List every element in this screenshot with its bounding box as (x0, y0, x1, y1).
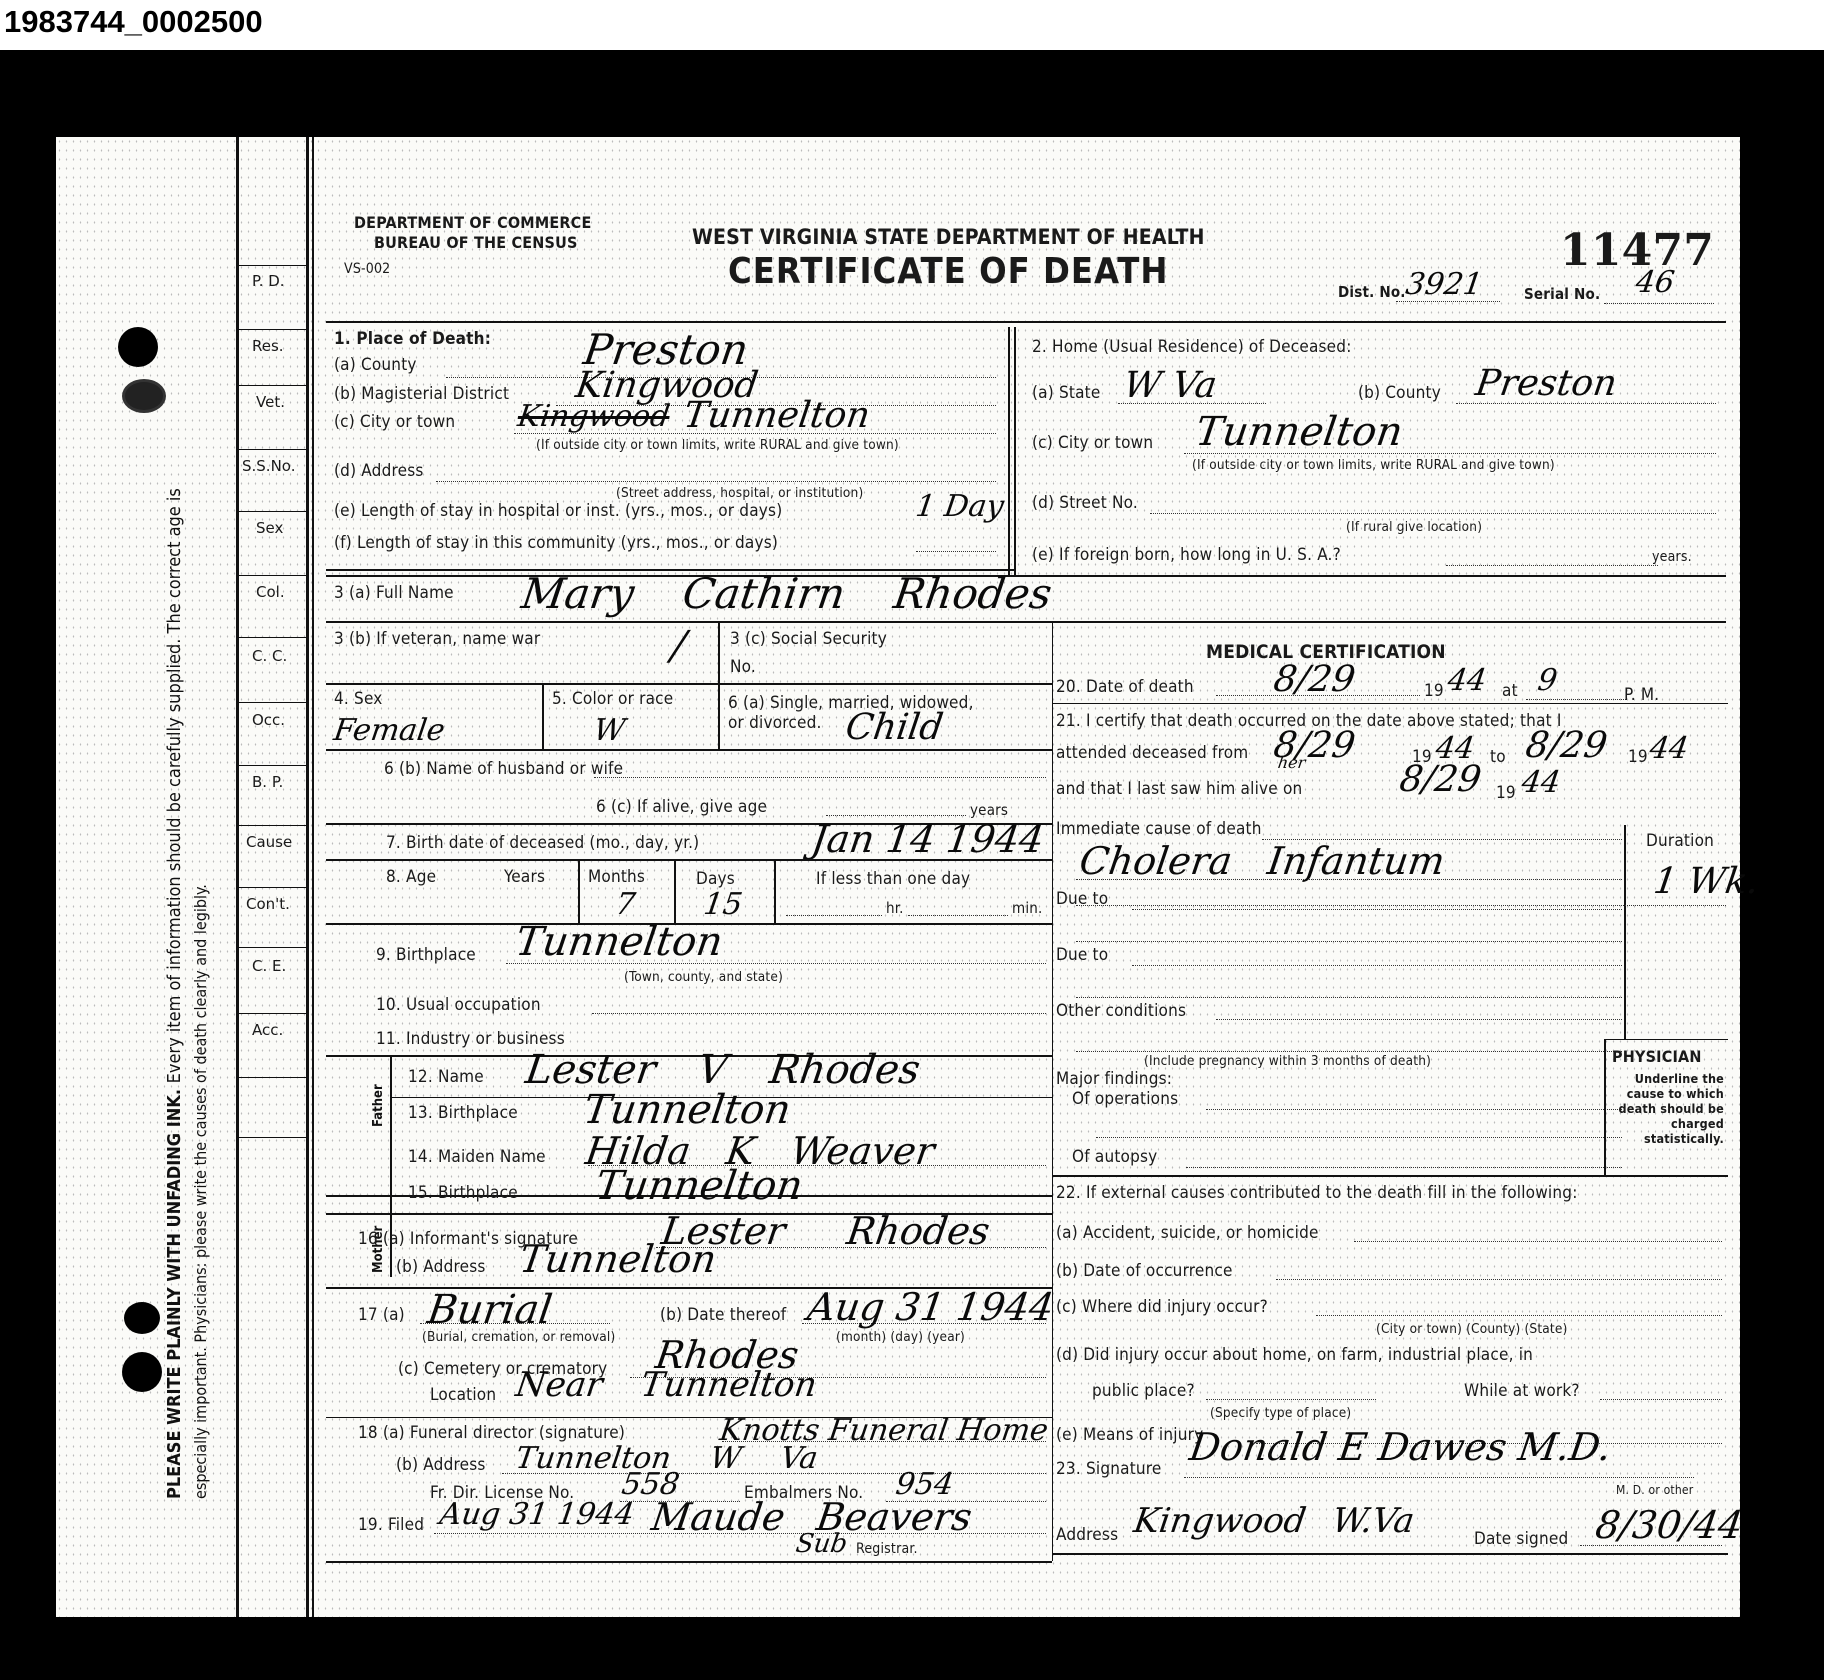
code-vet: Vet. (256, 393, 285, 411)
date-signed-value: 8/30/44 (1593, 1503, 1746, 1547)
last-saw-year: 44 (1520, 765, 1563, 800)
foreign-born-label: (e) If foreign born, how long in U. S. A… (1032, 545, 1341, 565)
mother-birthplace-value: Tunnelton (593, 1163, 806, 1209)
autopsy-label: Of autopsy (1072, 1147, 1157, 1167)
column-divider (1008, 327, 1010, 577)
due-to-2-label: Due to (1056, 945, 1108, 965)
age-months-value: 7 (614, 887, 638, 922)
address-note: (Street address, hospital, or institutio… (616, 485, 863, 501)
death-ampm: P. M. (1624, 685, 1659, 705)
birth-date-value: Jan 14 1944 (809, 817, 1047, 861)
code-ce: C. E. (252, 957, 286, 975)
home-county-label: (b) County (1358, 383, 1441, 403)
physician-box-title: PHYSICIAN (1612, 1047, 1702, 1066)
image-id: 1983744_0002500 (4, 4, 263, 40)
physician-address: Kingwood W.Va (1131, 1501, 1417, 1541)
margin-border (306, 137, 309, 1617)
sex-label: 4. Sex (334, 689, 383, 709)
punch-hole-icon (118, 327, 158, 367)
father-name-label: 12. Name (408, 1067, 484, 1087)
external-heading: 22. If external causes contributed to th… (1056, 1183, 1578, 1203)
veteran-value: / (669, 623, 689, 669)
serial-no-value: 46 (1634, 265, 1677, 300)
physician-address-label: Address (1056, 1525, 1118, 1545)
race-label: 5. Color or race (552, 689, 673, 709)
father-birthplace-label: 13. Birthplace (408, 1103, 518, 1123)
hospital-stay-value: 1 Day (914, 489, 1006, 524)
birthplace-value: Tunnelton (513, 919, 726, 965)
punch-hole-icon (124, 1302, 160, 1334)
code-sex: Sex (256, 519, 283, 537)
pregnancy-note: (Include pregnancy within 3 months of de… (1144, 1053, 1431, 1069)
occupation-label: 10. Usual occupation (376, 995, 541, 1015)
physician-signature: Donald E Dawes M.D. (1187, 1425, 1614, 1469)
burial-method-note: (Burial, cremation, or removal) (422, 1329, 615, 1345)
county-label: (a) County (334, 355, 417, 375)
while-at-work-label: While at work? (1464, 1381, 1580, 1401)
informant-address-value: Tunnelton (517, 1237, 719, 1281)
home-heading: 2. Home (Usual Residence) of Deceased: (1032, 337, 1352, 357)
father-birthplace-value: Tunnelton (581, 1087, 794, 1133)
marital-label-2: or divorced. (728, 713, 822, 733)
bureau-census: BUREAU OF THE CENSUS (374, 233, 578, 252)
code-pd: P. D. (252, 272, 285, 290)
age-hr-label: hr. (886, 899, 904, 917)
marital-value: Child (843, 707, 946, 748)
mother-name-label: 14. Maiden Name (408, 1147, 546, 1167)
address-label: (d) Address (334, 461, 424, 481)
immediate-cause-value: Cholera Infantum (1077, 839, 1448, 883)
filed-label: 19. Filed (358, 1515, 424, 1535)
last-saw-correction: her (1277, 753, 1307, 772)
attended-to-year: 44 (1648, 731, 1691, 766)
column-divider (1014, 327, 1016, 577)
duration-label: Duration (1646, 831, 1714, 851)
immediate-cause-label: Immediate cause of death (1056, 819, 1262, 839)
location-label: Location (430, 1385, 496, 1405)
external-c-note: (City or town) (County) (State) (1376, 1321, 1568, 1337)
burial-date-label: (b) Date thereof (660, 1305, 786, 1325)
md-note: M. D. or other (1616, 1483, 1693, 1497)
home-state-label: (a) State (1032, 383, 1100, 403)
column-divider-lower (1052, 623, 1053, 1561)
father-tag: Father (371, 1084, 386, 1127)
death-date-value: 8/29 (1271, 659, 1358, 700)
death-year-value: 44 (1446, 663, 1489, 698)
funeral-address-label: (b) Address (396, 1455, 486, 1475)
code-ssno: S.S.No. (242, 457, 295, 475)
code-acc: Acc. (252, 1021, 283, 1039)
margin-border (312, 137, 314, 1617)
veteran-label: 3 (b) If veteran, name war (334, 629, 540, 649)
home-county-value: Preston (1473, 363, 1619, 404)
home-city-note: (If outside city or town limits, write R… (1192, 457, 1555, 473)
location-value: Near Tunnelton (513, 1365, 819, 1405)
header-divider (326, 321, 1726, 323)
burial-method-value: Burial (425, 1287, 555, 1333)
duration-value: 1 Wk. (1651, 861, 1761, 902)
race-value: W (592, 713, 628, 748)
street-label: (d) Street No. (1032, 493, 1138, 513)
ssn-label-no: No. (730, 657, 756, 677)
form-number: VS-002 (344, 261, 390, 277)
dist-no-label: Dist. No. (1338, 283, 1406, 301)
image-header-bar: 1983744_0002500 (0, 0, 1824, 50)
major-findings-label: Major findings: (1056, 1069, 1172, 1089)
code-bp: B. P. (252, 773, 283, 791)
serial-no-label: Serial No. (1524, 285, 1600, 303)
signature-label: 23. Signature (1056, 1459, 1162, 1479)
informant-address-label: (b) Address (396, 1257, 486, 1277)
margin-instruction-2: especially important. Physicians: please… (191, 884, 210, 1499)
hospital-stay-label: (e) Length of stay in hospital or inst. … (334, 501, 782, 521)
punch-hole-icon (122, 379, 166, 413)
burial-date-note: (month) (day) (year) (836, 1329, 965, 1345)
dept-commerce: DEPARTMENT OF COMMERCE (354, 213, 592, 232)
street-note: (If rural give location) (1346, 519, 1482, 535)
industry-label: 11. Industry or business (376, 1029, 565, 1049)
age-years-label: Years (504, 867, 545, 887)
death-year-prefix: 19 (1424, 681, 1444, 701)
last-saw-value: 8/29 (1397, 759, 1484, 800)
duration-box-border (1624, 825, 1626, 1039)
physician-box-text: Underline the cause to which death shoul… (1612, 1071, 1724, 1146)
spouse-age-label: 6 (c) If alive, give age (596, 797, 767, 817)
last-saw-yr-prefix: 19 (1496, 783, 1516, 803)
last-saw-label: and that I last saw him alive on (1056, 779, 1302, 799)
age-less-day-label: If less than one day (816, 869, 970, 889)
age-min-label: min. (1012, 899, 1043, 917)
attended-to-yr-prefix: 19 (1628, 747, 1648, 767)
birthplace-label: 9. Birthplace (376, 945, 476, 965)
attended-label: attended deceased from (1056, 743, 1248, 763)
code-cont: Con't. (246, 895, 290, 913)
date-signed-label: Date signed (1474, 1529, 1568, 1549)
death-at-label: at (1502, 681, 1518, 701)
code-col: Col. (256, 583, 285, 601)
attended-to-value: 8/29 (1523, 725, 1610, 766)
code-res: Res. (252, 337, 284, 355)
death-time-value: 9 (1536, 663, 1560, 698)
funeral-director-label: 18 (a) Funeral director (signature) (358, 1423, 625, 1443)
foreign-years-suffix: years. (1652, 549, 1692, 565)
code-cause: Cause (246, 833, 292, 851)
external-d-note: (Specify type of place) (1210, 1405, 1351, 1421)
code-cc: C. C. (252, 647, 287, 665)
external-d-label-2: public place? (1092, 1381, 1195, 1401)
registrar-label: Registrar. (856, 1541, 918, 1557)
home-city-label: (c) City or town (1032, 433, 1153, 453)
community-stay-label: (f) Length of stay in this community (yr… (334, 533, 778, 553)
filed-date-value: Aug 31 1944 (438, 1497, 637, 1532)
sex-value: Female (332, 713, 448, 748)
attended-to-label: to (1490, 747, 1506, 767)
external-a-label: (a) Accident, suicide, or homicide (1056, 1223, 1319, 1243)
age-days-label: Days (696, 869, 735, 889)
city-label: (c) City or town (334, 412, 455, 432)
birthplace-note: (Town, county, and state) (624, 969, 783, 985)
operations-label: Of operations (1072, 1089, 1178, 1109)
city-note: (If outside city or town limits, write R… (536, 437, 899, 453)
mother-birthplace-label: 15. Birthplace (408, 1183, 518, 1203)
death-certificate: PLEASE WRITE PLAINLY WITH UNFADING INK. … (56, 137, 1740, 1617)
place-of-death-heading: 1. Place of Death: (334, 329, 491, 349)
burial-date-value: Aug 31 1944 (805, 1285, 1057, 1329)
death-city-value: Tunnelton (681, 395, 872, 436)
district-label: (b) Magisterial District (334, 384, 509, 404)
punch-hole-icon (122, 1352, 162, 1392)
birth-date-label: 7. Birth date of deceased (mo., day, yr.… (386, 833, 699, 853)
burial-method-label: 17 (a) (358, 1305, 405, 1325)
home-city-value: Tunnelton (1193, 409, 1406, 455)
death-city-struck: Kingwood (516, 399, 672, 434)
external-c-label: (c) Where did injury occur? (1056, 1297, 1268, 1317)
state-department: WEST VIRGINIA STATE DEPARTMENT OF HEALTH (692, 225, 1205, 249)
full-name-label: 3 (a) Full Name (334, 583, 454, 603)
margin-instruction-bold: PLEASE WRITE PLAINLY WITH UNFADING INK. … (164, 488, 185, 1499)
other-conditions-label: Other conditions (1056, 1001, 1186, 1021)
age-label: 8. Age (386, 867, 436, 887)
dist-no-value: 3921 (1404, 267, 1485, 302)
age-months-label: Months (588, 867, 645, 887)
registrar-sub: Sub (794, 1529, 849, 1559)
external-d-label: (d) Did injury occur about home, on farm… (1056, 1345, 1533, 1365)
death-date-label: 20. Date of death (1056, 677, 1194, 697)
margin-border (236, 137, 239, 1617)
code-occ: Occ. (252, 711, 285, 729)
certificate-title: CERTIFICATE OF DEATH (728, 251, 1169, 292)
external-b-label: (b) Date of occurrence (1056, 1261, 1233, 1281)
spouse-label: 6 (b) Name of husband or wife (384, 759, 623, 779)
external-e-label: (e) Means of injury (1056, 1425, 1203, 1445)
ssn-label: 3 (c) Social Security (730, 629, 887, 649)
age-days-value: 15 (702, 887, 745, 922)
due-to-1-label: Due to (1056, 889, 1108, 909)
home-state-value: W Va (1121, 365, 1219, 406)
full-name-value: Mary Cathirn Rhodes (519, 569, 1055, 618)
